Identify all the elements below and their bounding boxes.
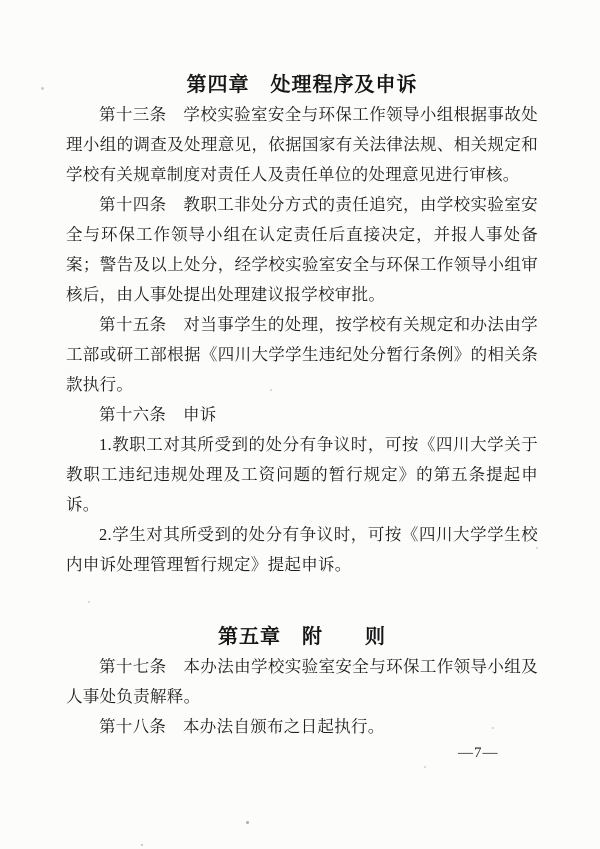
scan-speck [88,601,90,603]
article-15-paragraph: 第十五条 对当事学生的处理，按学校有关规定和办法由学工部或研工部根据《四川大学学… [66,310,538,400]
page-number: —7— [458,745,499,762]
article-13-paragraph: 第十三条 学校实验室安全与环保工作领导小组根据事故处理小组的调查及处理意见，依据… [66,100,538,190]
article-14-paragraph: 第十四条 教职工非处分方式的责任追究，由学校实验室安全与环保工作领导小组在认定责… [66,190,538,310]
scan-speck [492,727,494,729]
article-17-paragraph: 第十七条 本办法由学校实验室安全与环保工作领导小组及人事处负责解释。 [66,652,538,712]
article-18-paragraph: 第十八条 本办法自颁布之日起执行。 [66,712,538,742]
article-16-paragraph: 第十六条 申诉 [66,400,538,430]
scan-speck [141,844,143,846]
chapter-4-heading: 第四章 处理程序及申诉 [66,70,538,100]
chapter-5-heading: 第五章 附 则 [66,622,538,652]
scan-speck [246,821,249,824]
document-body: 第四章 处理程序及申诉 第十三条 学校实验室安全与环保工作领导小组根据事故处理小… [66,70,538,742]
scan-speck [41,87,44,90]
article-16-item-1: 1.教职工对其所受到的处分有争议时，可按《四川大学关于教职工违纪违规处理及工资问… [66,430,538,520]
scan-speck [424,766,426,768]
scanned-document-page: 第四章 处理程序及申诉 第十三条 学校实验室安全与环保工作领导小组根据事故处理小… [0,0,600,849]
article-16-item-2: 2.学生对其所受到的处分有争议时，可按《四川大学学生校内申诉处理管理暂行规定》提… [66,520,538,580]
scan-speck [270,389,272,391]
scan-speck [536,547,538,549]
